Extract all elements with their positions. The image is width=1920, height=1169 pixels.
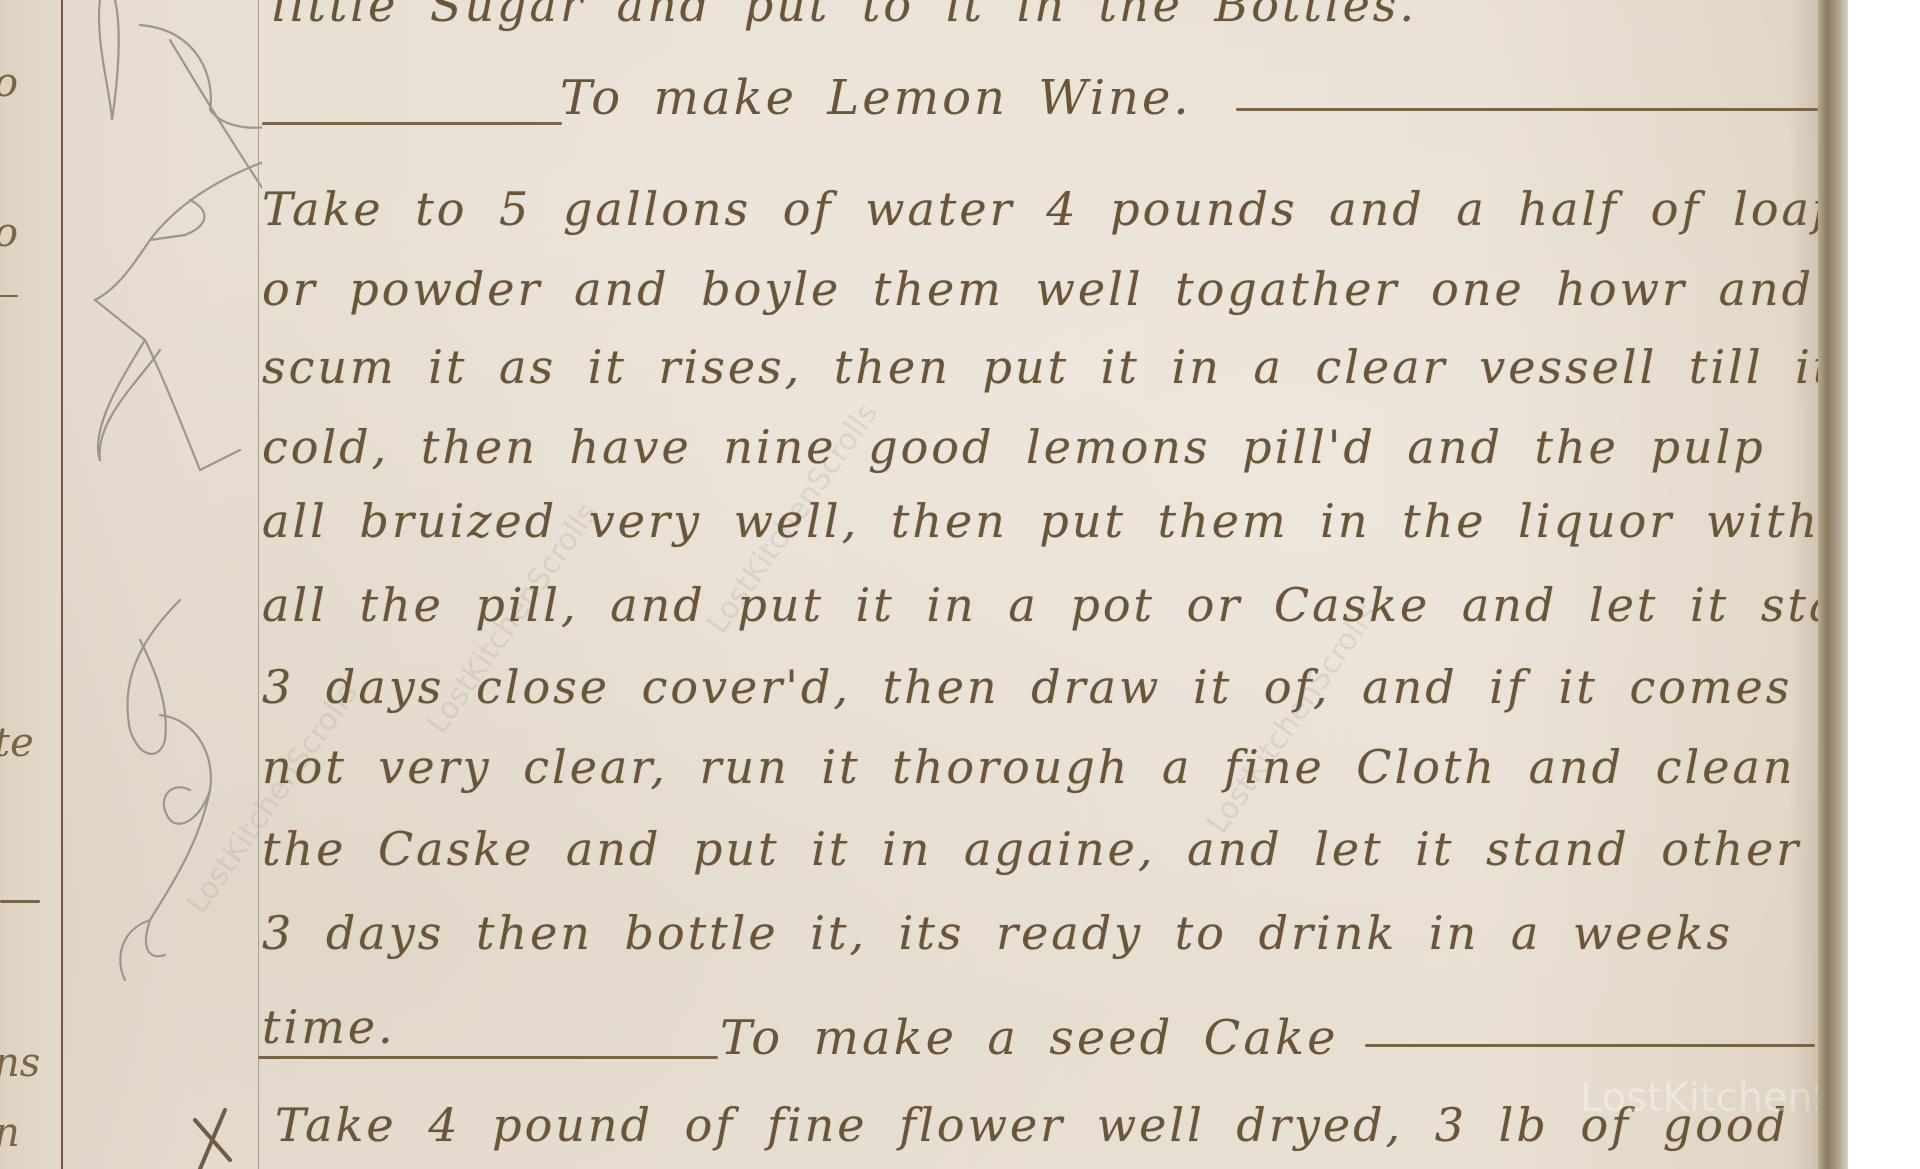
recipe-title-lemon-wine: To make Lemon Wine. [560, 70, 1192, 126]
recipe-line: 3 days close cover'd, then draw it of, a… [262, 660, 1792, 714]
left-page-stroke [0, 900, 40, 903]
title-rule-left [258, 1056, 718, 1059]
left-page-fragment: o [0, 60, 18, 106]
left-page-fragment: te [0, 720, 34, 766]
recipe-line: the Caske and put it in againe, and let … [262, 822, 1801, 876]
title-rule-right [1365, 1044, 1815, 1047]
title-rule-right [1236, 108, 1818, 111]
pencil-scribbles [62, 0, 262, 1169]
recipe-line: all the pill, and put it in a pot or Cas… [262, 578, 1848, 632]
recipe-line: 3 days then bottle it, its ready to drin… [262, 906, 1733, 960]
recipe-line: scum it as it rises, then put it in a cl… [262, 340, 1848, 394]
left-page-fragment: o [0, 210, 18, 256]
recipe-line: all bruized very well, then put them in … [262, 494, 1820, 548]
left-page-fragment: n [0, 1110, 20, 1156]
recipe-title-seed-cake: To make a seed Cake [720, 1010, 1338, 1066]
page-edge [1818, 0, 1848, 1169]
recipe-line: not very clear, run it thorough a fine C… [262, 740, 1796, 794]
recipe-line: time. [262, 1000, 396, 1054]
left-page-stroke [0, 295, 18, 297]
page-edge-shadow [1790, 0, 1818, 1169]
manuscript-scan: o o te ns n LostKitchenScrolls Los [0, 0, 1848, 1169]
top-fragment-line: little Sugar and put to it in the Bottle… [272, 0, 1417, 32]
left-page-fragment: ns [0, 1040, 40, 1086]
left-page-edge: o o te ns n [0, 0, 62, 1169]
recipe-line: Take 4 pound of fine flower well dryed, … [275, 1098, 1789, 1152]
watermark: LostKitchenScrolls [1200, 597, 1385, 840]
recipe-line: or powder and boyle them well togather o… [262, 262, 1814, 316]
margin-rule [258, 0, 259, 1169]
title-rule-left [262, 122, 562, 125]
recipe-line: cold, then have nine good lemons pill'd … [262, 420, 1766, 474]
recipe-line: Take to 5 gallons of water 4 pounds and … [262, 182, 1848, 236]
